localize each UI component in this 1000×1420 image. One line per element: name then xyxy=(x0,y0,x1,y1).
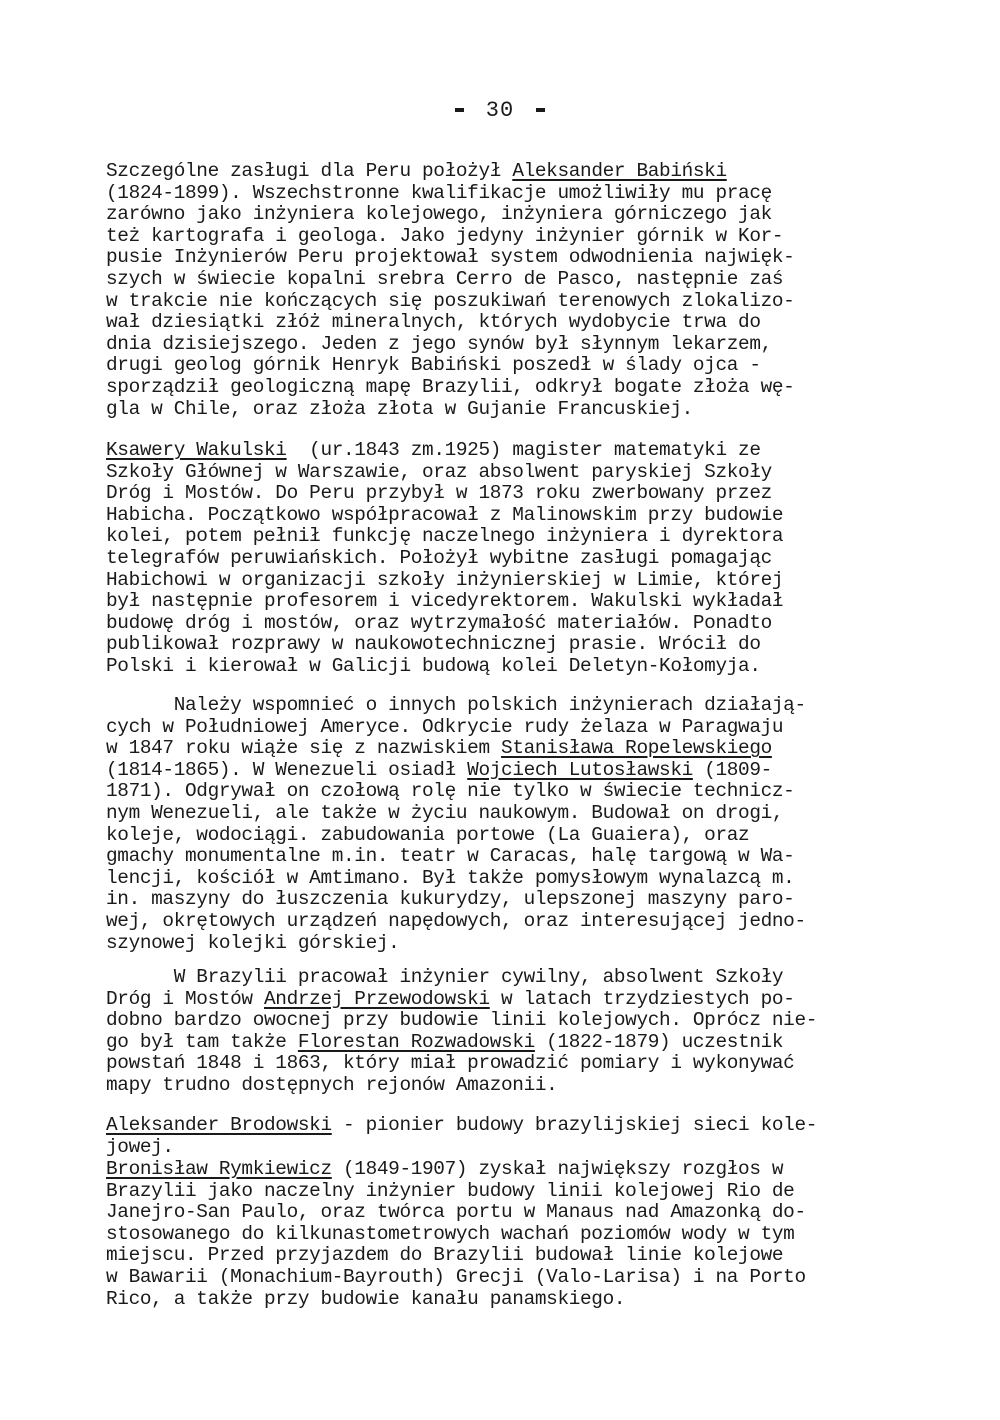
text-segment: w Bawarii (Monachium-Bayrouth) Grecji (V… xyxy=(106,1266,806,1288)
underlined-name: Andrzej Przewodowski xyxy=(264,988,490,1010)
text-segment: mapy trudno dostępnych rejonów Amazonii. xyxy=(106,1074,557,1096)
text-segment: w latach trzydziestych po- xyxy=(490,988,795,1010)
text-line: Habicha. Początkowo współpracował z Mali… xyxy=(106,505,906,527)
text-segment: Janejro-San Paulo, oraz twórca portu w M… xyxy=(106,1201,806,1223)
text-line: drugi geolog górnik Henryk Babiński posz… xyxy=(106,355,906,377)
text-line: dobno bardzo owocnej przy budowie linii … xyxy=(106,1010,906,1032)
text-line: powstań 1848 i 1863, który miał prowadzi… xyxy=(106,1053,906,1075)
dash-left xyxy=(455,108,464,112)
text-segment: (1822-1879) uczestnik xyxy=(535,1031,783,1053)
text-line: nym Wenezueli, ale także w życiu naukowy… xyxy=(106,803,906,825)
page-number-header: 30 xyxy=(0,98,1000,123)
text-line: stosowanego do kilkunastometrowych wacha… xyxy=(106,1224,906,1246)
text-line: w trakcie nie kończących się poszukiwań … xyxy=(106,291,906,313)
text-segment: drugi geolog górnik Henryk Babiński posz… xyxy=(106,354,761,376)
text-segment: Rico, a także przy budowie kanału panams… xyxy=(106,1288,625,1310)
text-line: Dróg i Mostów Andrzej Przewodowski w lat… xyxy=(106,989,906,1011)
text-segment: powstań 1848 i 1863, który miał prowadzi… xyxy=(106,1052,794,1074)
text-segment: (1814-1865). W Wenezueli osiadł xyxy=(106,759,467,781)
underlined-name: Bronisław Rymkiewicz xyxy=(106,1158,332,1180)
paragraph-babinski: Szczególne zasługi dla Peru położył Alek… xyxy=(106,161,906,420)
text-segment: Habichowi w organizacji szkoły inżyniers… xyxy=(106,569,783,591)
text-segment: W Brazylii pracował inżynier cywilny, ab… xyxy=(106,966,783,988)
text-segment: Brazylii jako naczelny inżynier budowy l… xyxy=(106,1180,794,1202)
text-segment: wej, okrętowych urządzeń napędowych, ora… xyxy=(106,910,806,932)
paragraph-inni: Należy wspomnieć o innych polskich inżyn… xyxy=(106,695,906,954)
underlined-name: Stanisława Ropelewskiego xyxy=(501,737,772,759)
text-line: budowę dróg i mostów, oraz wytrzymałość … xyxy=(106,613,906,635)
text-segment: szynowej kolejki górskiej. xyxy=(106,932,399,954)
text-line: Rico, a także przy budowie kanału panams… xyxy=(106,1289,906,1311)
text-line: jowej. xyxy=(106,1137,906,1159)
page-number: 30 xyxy=(486,98,514,123)
text-line: (1824-1899). Wszechstronne kwalifikacje … xyxy=(106,183,906,205)
text-line: W Brazylii pracował inżynier cywilny, ab… xyxy=(106,967,906,989)
text-segment: telegrafów peruwiańskich. Położył wybitn… xyxy=(106,547,772,569)
text-line: dnia dzisiejszego. Jeden z jego synów by… xyxy=(106,334,906,356)
text-segment: zarówno jako inżyniera kolejowego, inżyn… xyxy=(106,203,772,225)
text-line: Aleksander Brodowski - pionier budowy br… xyxy=(106,1115,906,1137)
text-line: Brazylii jako naczelny inżynier budowy l… xyxy=(106,1181,906,1203)
text-segment: w trakcie nie kończących się poszukiwań … xyxy=(106,290,794,312)
text-line: w Bawarii (Monachium-Bayrouth) Grecji (V… xyxy=(106,1267,906,1289)
text-line: Polski i kierował w Galicji budową kolei… xyxy=(106,656,906,678)
text-line: gla w Chile, oraz złoża złota w Gujanie … xyxy=(106,399,906,421)
text-segment: Polski i kierował w Galicji budową kolei… xyxy=(106,655,761,677)
text-line: publikował rozprawy w naukowotechnicznej… xyxy=(106,634,906,656)
text-segment: pusie Inżynierów Peru projektował system… xyxy=(106,246,794,268)
text-segment: 1871). Odgrywał on czołową rolę nie tylk… xyxy=(106,780,794,802)
text-segment: Należy wspomnieć o innych polskich inżyn… xyxy=(106,694,806,716)
paragraph-brodowski: Aleksander Brodowski - pionier budowy br… xyxy=(106,1115,906,1158)
text-segment: Dróg i Mostów xyxy=(106,988,264,1010)
text-segment: Habicha. Początkowo współpracował z Mali… xyxy=(106,504,783,526)
text-segment: go był tam także xyxy=(106,1031,298,1053)
text-segment: sporządził geologiczną mapę Brazylii, od… xyxy=(106,376,794,398)
text-segment: publikował rozprawy w naukowotechnicznej… xyxy=(106,633,761,655)
text-line: Janejro-San Paulo, oraz twórca portu w M… xyxy=(106,1202,906,1224)
text-segment: koleje, wodociągi. zabudowania portowe (… xyxy=(106,824,749,846)
text-line: Dróg i Mostów. Do Peru przybył w 1873 ro… xyxy=(106,483,906,505)
text-segment: (1849-1907) zyskał największy rozgłos w xyxy=(332,1158,783,1180)
underlined-name: Florestan Rozwadowski xyxy=(298,1031,535,1053)
text-line: szynowej kolejki górskiej. xyxy=(106,933,906,955)
text-line: miejscu. Przed przyjazdem do Brazylii bu… xyxy=(106,1245,906,1267)
text-line: szych w świecie kopalni srebra Cerro de … xyxy=(106,269,906,291)
text-line: Habichowi w organizacji szkoły inżyniers… xyxy=(106,570,906,592)
text-line: lencji, kościół w Amtimano. Był także po… xyxy=(106,868,906,890)
text-segment: kolei, potem pełnił funkcję naczelnego i… xyxy=(106,525,783,547)
text-line: gmachy monumentalne m.in. teatr w Caraca… xyxy=(106,846,906,868)
text-line: mapy trudno dostępnych rejonów Amazonii. xyxy=(106,1075,906,1097)
text-segment: dobno bardzo owocnej przy budowie linii … xyxy=(106,1009,817,1031)
text-segment: - pionier budowy brazylijskiej sieci kol… xyxy=(332,1114,817,1136)
text-line: zarówno jako inżyniera kolejowego, inżyn… xyxy=(106,204,906,226)
text-segment: budowę dróg i mostów, oraz wytrzymałość … xyxy=(106,612,772,634)
paragraph-wakulski: Ksawery Wakulski (ur.1843 zm.1925) magis… xyxy=(106,440,906,678)
text-segment: (1809- xyxy=(693,759,772,781)
underlined-name: Ksawery Wakulski xyxy=(106,439,287,461)
dash-right xyxy=(536,108,545,112)
text-line: Szczególne zasługi dla Peru położył Alek… xyxy=(106,161,906,183)
text-segment: wał dziesiątki złóż mineralnych, których… xyxy=(106,311,761,333)
text-segment: Dróg i Mostów. Do Peru przybył w 1873 ro… xyxy=(106,482,772,504)
text-line: koleje, wodociągi. zabudowania portowe (… xyxy=(106,825,906,847)
text-segment: (ur.1843 zm.1925) magister matematyki ze xyxy=(287,439,761,461)
text-segment: gmachy monumentalne m.in. teatr w Caraca… xyxy=(106,845,794,867)
text-line: w 1847 roku wiąże się z nazwiskiem Stani… xyxy=(106,738,906,760)
text-line: wał dziesiątki złóż mineralnych, których… xyxy=(106,312,906,334)
text-line: in. maszyny do łuszczenia kukurydzy, ule… xyxy=(106,889,906,911)
text-segment: w 1847 roku wiąże się z nazwiskiem xyxy=(106,737,501,759)
text-segment: in. maszyny do łuszczenia kukurydzy, ule… xyxy=(106,888,794,910)
text-line: Bronisław Rymkiewicz (1849-1907) zyskał … xyxy=(106,1159,906,1181)
underlined-name: Aleksander Babiński xyxy=(512,160,726,182)
text-segment: Szczególne zasługi dla Peru położył xyxy=(106,160,512,182)
document-page: 30 Szczególne zasługi dla Peru położył A… xyxy=(0,0,1000,1420)
text-segment: Szkoły Głównej w Warszawie, oraz absolwe… xyxy=(106,461,772,483)
text-segment: jowej. xyxy=(106,1136,174,1158)
text-line: Ksawery Wakulski (ur.1843 zm.1925) magis… xyxy=(106,440,906,462)
text-line: (1814-1865). W Wenezueli osiadł Wojciech… xyxy=(106,760,906,782)
text-segment: nym Wenezueli, ale także w życiu naukowy… xyxy=(106,802,783,824)
text-segment: stosowanego do kilkunastometrowych wacha… xyxy=(106,1223,794,1245)
text-segment: dnia dzisiejszego. Jeden z jego synów by… xyxy=(106,333,772,355)
text-line: sporządził geologiczną mapę Brazylii, od… xyxy=(106,377,906,399)
text-line: był następnie profesorem i vicedyrektore… xyxy=(106,591,906,613)
text-line: telegrafów peruwiańskich. Położył wybitn… xyxy=(106,548,906,570)
text-segment: cych w Południowej Ameryce. Odkrycie rud… xyxy=(106,716,783,738)
underlined-name: Wojciech Lutosławski xyxy=(467,759,693,781)
text-line: pusie Inżynierów Peru projektował system… xyxy=(106,247,906,269)
text-line: kolei, potem pełnił funkcję naczelnego i… xyxy=(106,526,906,548)
text-segment: (1824-1899). Wszechstronne kwalifikacje … xyxy=(106,182,772,204)
text-segment: miejscu. Przed przyjazdem do Brazylii bu… xyxy=(106,1244,783,1266)
text-line: Szkoły Głównej w Warszawie, oraz absolwe… xyxy=(106,462,906,484)
paragraph-brazylia: W Brazylii pracował inżynier cywilny, ab… xyxy=(106,967,906,1097)
text-line: go był tam także Florestan Rozwadowski (… xyxy=(106,1032,906,1054)
underlined-name: Aleksander Brodowski xyxy=(106,1114,332,1136)
text-segment: gla w Chile, oraz złoża złota w Gujanie … xyxy=(106,398,693,420)
paragraph-rymkiewicz: Bronisław Rymkiewicz (1849-1907) zyskał … xyxy=(106,1159,906,1310)
text-line: 1871). Odgrywał on czołową rolę nie tylk… xyxy=(106,781,906,803)
text-line: Należy wspomnieć o innych polskich inżyn… xyxy=(106,695,906,717)
text-segment: lencji, kościół w Amtimano. Był także po… xyxy=(106,867,794,889)
text-line: cych w Południowej Ameryce. Odkrycie rud… xyxy=(106,717,906,739)
text-line: też kartografa i geologa. Jako jedyny in… xyxy=(106,226,906,248)
text-segment: był następnie profesorem i vicedyrektore… xyxy=(106,590,783,612)
text-segment: też kartografa i geologa. Jako jedyny in… xyxy=(106,225,783,247)
text-segment: szych w świecie kopalni srebra Cerro de … xyxy=(106,268,783,290)
text-line: wej, okrętowych urządzeń napędowych, ora… xyxy=(106,911,906,933)
